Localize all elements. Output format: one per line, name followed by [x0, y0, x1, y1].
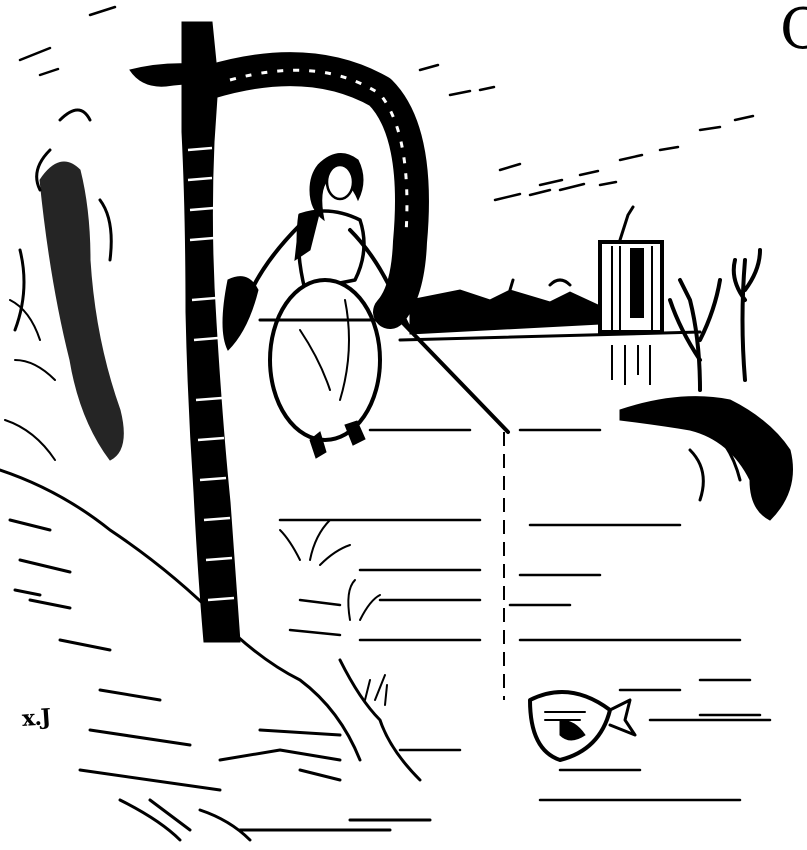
village: [410, 280, 600, 334]
artist-signature: x.J: [21, 704, 51, 732]
woodcut-illustration: [0, 0, 807, 850]
castle-tower: [600, 207, 662, 385]
right-bank: [620, 397, 793, 520]
left-tree: [5, 110, 123, 460]
bare-trees: [670, 250, 760, 390]
fish: [530, 692, 635, 760]
